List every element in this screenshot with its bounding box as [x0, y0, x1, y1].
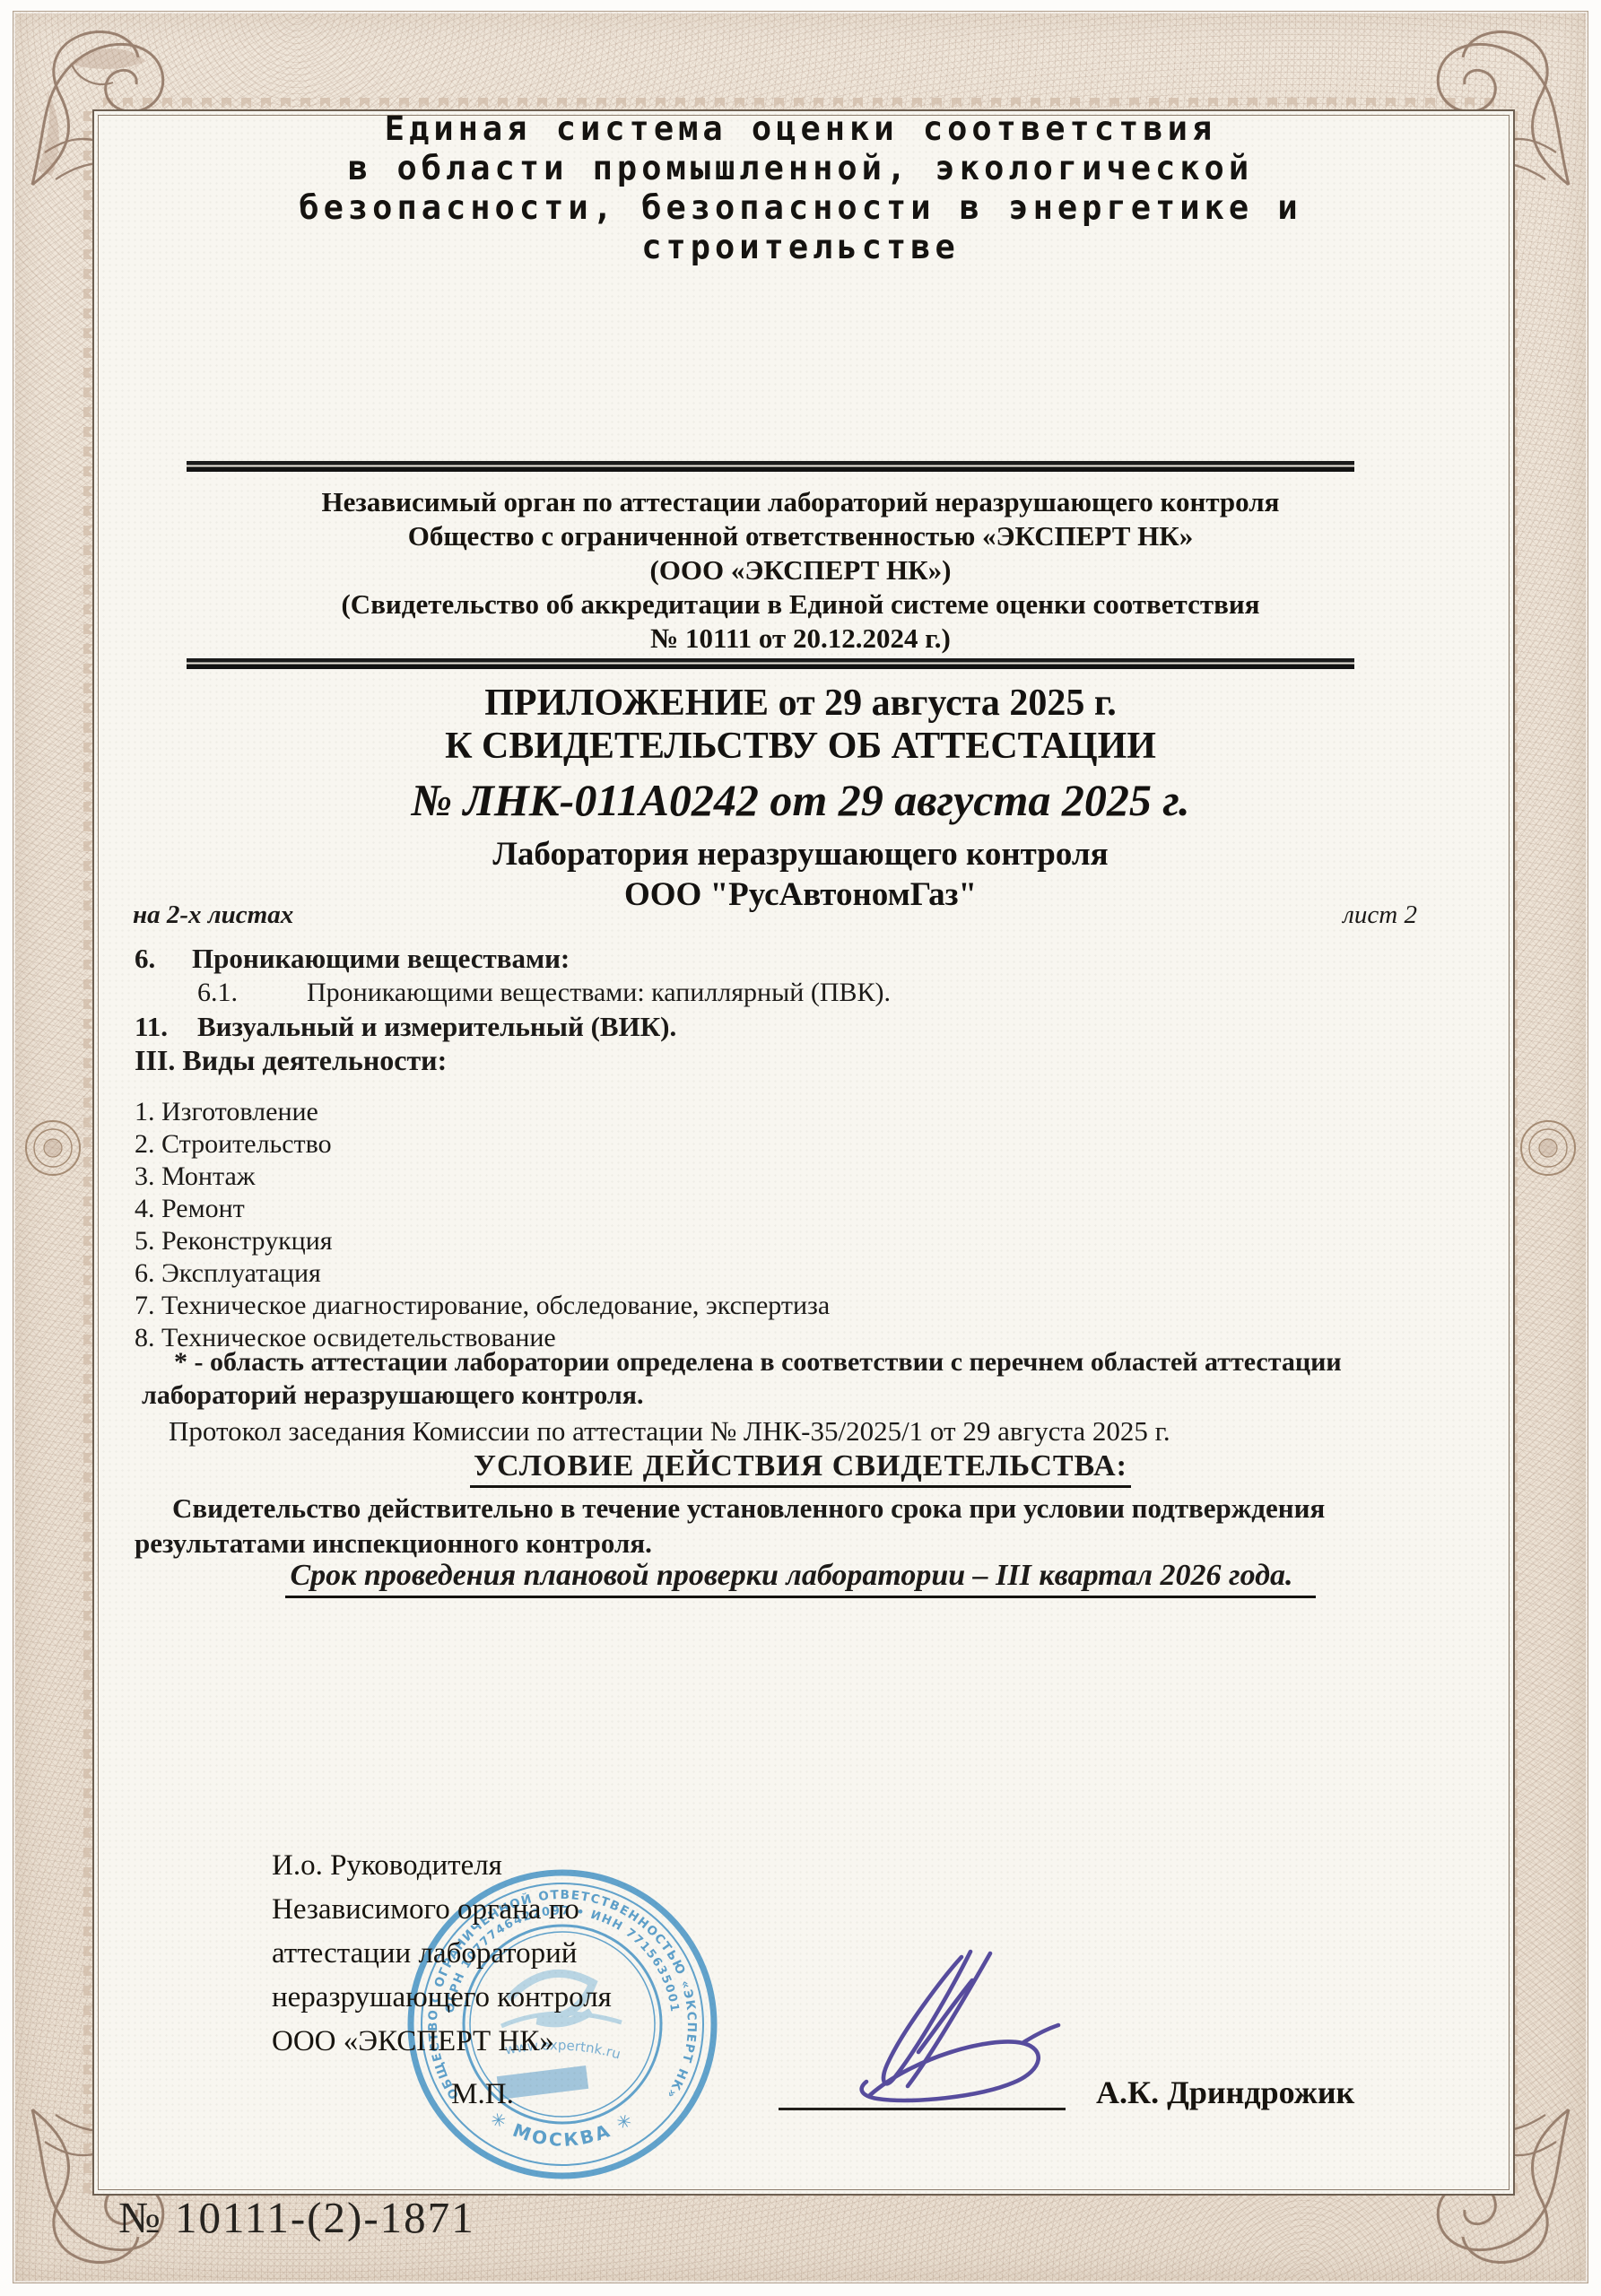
authority-line: (Свидетельство об аккредитации в Единой … — [0, 587, 1601, 622]
authority-block: Независимый орган по аттестации лаборато… — [0, 485, 1601, 656]
method-text: Проникающими веществами: — [192, 943, 570, 974]
divider-rule — [187, 658, 1354, 669]
border-rosette-icon — [1517, 1117, 1579, 1179]
method-text: Проникающими веществами: капиллярный (ПВ… — [307, 978, 891, 1007]
divider-rule — [187, 461, 1354, 472]
activity-item: 1. Изготовление — [135, 1096, 1440, 1128]
border-rosette-icon — [22, 1117, 84, 1179]
method-item: 6.Проникающими веществами: — [135, 942, 1440, 976]
title-block: ПРИЛОЖЕНИЕ от 29 августа 2025 г. К СВИДЕ… — [0, 682, 1601, 915]
system-header-line: безопасности, безопасности в энергетике … — [0, 188, 1601, 228]
signatory-role-line: аттестации лабораторий — [272, 1932, 693, 1976]
authority-line: (ООО «ЭКСПЕРТ НК») — [0, 553, 1601, 587]
method-number: 6.1. — [197, 976, 307, 1010]
activity-item: 7. Техническое диагностирование, обследо… — [135, 1290, 1440, 1322]
activities-heading: III. Виды деятельности: — [135, 1044, 1440, 1076]
activity-item: 6. Эксплуатация — [135, 1257, 1440, 1290]
methods-list: 6.Проникающими веществами: 6.1.Проникающ… — [135, 942, 1440, 1044]
activities-section: III. Виды деятельности: 1. Изготовление … — [135, 1044, 1440, 1354]
activity-item: 5. Реконструкция — [135, 1225, 1440, 1257]
method-item: 11.Визуальный и измерительный (ВИК). — [135, 1010, 1440, 1044]
system-header-line: в области промышленной, экологической — [0, 149, 1601, 188]
method-number: 6. — [135, 942, 192, 976]
method-text: Визуальный и измерительный (ВИК). — [197, 1011, 676, 1042]
system-header-line: строительстве — [0, 228, 1601, 267]
inspection-text: Срок проведения плановой проверки лабора… — [285, 1559, 1317, 1598]
inspection-line: Срок проведения плановой проверки лабора… — [0, 1559, 1601, 1593]
system-header: Единая система оценки соответствия в обл… — [0, 109, 1601, 267]
registry-number: № 10111-(2)-1871 — [118, 2192, 475, 2243]
seal-abbr: М.П. — [272, 2073, 693, 2117]
method-number: 11. — [135, 1010, 197, 1044]
system-header-line: Единая система оценки соответствия — [0, 109, 1601, 149]
sheet-number: лист 2 — [1343, 900, 1417, 930]
method-subitem: 6.1.Проникающими веществами: капиллярный… — [135, 976, 1440, 1010]
footnote: * - область аттестации лаборатории опред… — [142, 1345, 1422, 1412]
authority-line: Общество с ограниченной ответственностью… — [0, 519, 1601, 553]
certificate-number: № ЛНК-011А0242 от 29 августа 2025 г. — [0, 771, 1601, 829]
signer-name: А.К. Дриндрожик — [1096, 2074, 1354, 2111]
signatory-role-line: неразрушающего контроля — [272, 1976, 693, 2020]
signatory-role-line: Независимого органа по — [272, 1888, 693, 1932]
protocol-line: Протокол заседания Комиссии по аттестаци… — [135, 1415, 1440, 1448]
certificate-page: Единая система оценки соответствия в обл… — [0, 0, 1601, 2296]
appendix-title: ПРИЛОЖЕНИЕ от 29 августа 2025 г. — [0, 682, 1601, 725]
signatory-role-line: И.о. Руководителя — [272, 1844, 693, 1888]
signatory-role-line: ООО «ЭКСПЕРТ НК» — [272, 2020, 693, 2064]
lab-name: Лаборатория неразрушающего контроля — [0, 834, 1601, 874]
validity-heading: УСЛОВИЕ ДЕЙСТВИЯ СВИДЕТЕЛЬСТВА: — [0, 1449, 1601, 1483]
handwritten-signature — [836, 1944, 1087, 2128]
activity-item: 4. Ремонт — [135, 1193, 1440, 1225]
activity-item: 3. Монтаж — [135, 1161, 1440, 1193]
sheet-info-row: на 2-х листах лист 2 — [133, 900, 1417, 930]
certificate-title: К СВИДЕТЕЛЬСТВУ ОБ АТТЕСТАЦИИ — [0, 725, 1601, 768]
sheet-count: на 2-х листах — [133, 900, 293, 930]
authority-line: Независимый орган по аттестации лаборато… — [0, 485, 1601, 519]
activity-item: 2. Строительство — [135, 1128, 1440, 1161]
signatory-role-block: И.о. Руководителя Независимого органа по… — [272, 1844, 693, 2117]
authority-line: № 10111 от 20.12.2024 г.) — [0, 622, 1601, 656]
validity-heading-text: УСЛОВИЕ ДЕЙСТВИЯ СВИДЕТЕЛЬСТВА: — [470, 1449, 1131, 1488]
validity-text: Свидетельство действительно в течение ус… — [135, 1491, 1426, 1561]
